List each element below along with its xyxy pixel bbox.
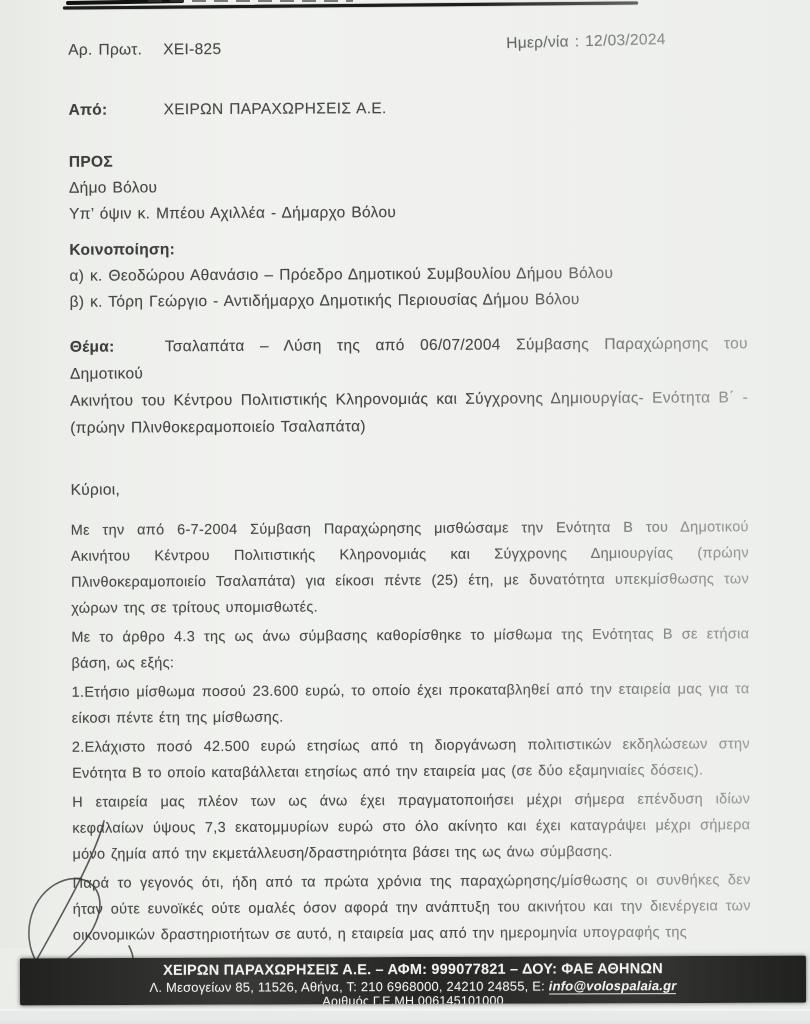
- subject-label: Θέμα:: [70, 333, 165, 360]
- protocol-label: Αρ. Πρωτ.: [68, 37, 163, 63]
- footer-band: ΧΕΙΡΩΝ ΠΑΡΑΧΩΡΗΣΕΙΣ Α.Ε. – ΑΦΜ: 99907782…: [20, 956, 806, 1006]
- body-paragraph: Με το άρθρο 4.3 της ως άνω σύμβασης καθο…: [71, 621, 749, 677]
- protocol-number: ΧΕΙ-825: [163, 37, 221, 63]
- footer-email-link[interactable]: info@volospalaia.gr: [549, 978, 677, 994]
- body-line: βάση, ως εξής:: [71, 647, 749, 677]
- subject-block: Θέμα:Τσαλαπάτα – Λύση της από 06/07/2004…: [70, 330, 749, 442]
- subject-line: Ακινήτου του Κέντρου Πολιτιστικής Κληρον…: [70, 384, 748, 415]
- from-label: Από:: [69, 97, 164, 123]
- body-line: Με το άρθρο 4.3 της ως άνω σύμβασης καθο…: [71, 621, 749, 651]
- body-line: 1.Ετήσιο μίσθωμα ποσού 23.600 ευρώ, το ο…: [72, 676, 750, 706]
- date-value: Ημερ/νία : 12/03/2024: [506, 27, 666, 57]
- subject-line-text: Τσαλαπάτα – Λύση της από 06/07/2004 Σύμβ…: [70, 335, 748, 383]
- to-line: Δήμο Βόλου: [69, 172, 747, 202]
- body-paragraph: Με την από 6-7-2004 Σύμβαση Παραχώρησης …: [71, 514, 750, 622]
- subject-line: Θέμα:Τσαλαπάτα – Λύση της από 06/07/2004…: [70, 330, 748, 388]
- body-paragraph: 1.Ετήσιο μίσθωμα ποσού 23.600 ευρώ, το ο…: [72, 676, 750, 732]
- cc-block: Κοινοποίηση: α) κ. Θεοδώρου Αθανάσιο – Π…: [69, 234, 747, 316]
- body-line: Με την από 6-7-2004 Σύμβαση Παραχώρησης …: [71, 514, 749, 544]
- subject-line: (πρώην Πλινθοκεραμοποιείο Τσαλαπάτα): [70, 411, 748, 442]
- cc-line: α) κ. Θεοδώρου Αθανάσιο – Πρόεδρο Δημοτι…: [69, 260, 747, 290]
- salutation: Κύριοι,: [70, 474, 748, 504]
- body-line: Η εταιρεία μας πλέον των ως άνω έχει πρα…: [72, 786, 750, 816]
- letter-content: Αρ. Πρωτ. ΧΕΙ-825 Ημερ/νία : 12/03/2024 …: [68, 0, 751, 949]
- to-label: ΠΡΟΣ: [69, 146, 747, 176]
- cc-line: β) κ. Τόρη Γεώργιο - Αντιδήμαρχο Δημοτικ…: [70, 286, 748, 316]
- body-line: χώρων της σε τρίτους υπομισθωτές.: [71, 592, 749, 622]
- scanned-letter-page: Αρ. Πρωτ. ΧΕΙ-825 Ημερ/νία : 12/03/2024 …: [0, 0, 810, 1024]
- body-line: 2.Ελάχιστο ποσό 42.500 ευρώ ετησίως από …: [72, 731, 750, 761]
- cc-label: Κοινοποίηση:: [69, 234, 747, 264]
- body-paragraph: 2.Ελάχιστο ποσό 42.500 ευρώ ετησίως από …: [72, 731, 750, 787]
- from-row: Από: ΧΕΙΡΩΝ ΠΑΡΑΧΩΡΗΣΕΙΣ Α.Ε.: [69, 94, 747, 124]
- to-line: Υπ’ όψιν κ. Μπέου Αχιλλέα - Δήμαρχο Βόλο…: [69, 198, 747, 228]
- body-line: είκοσι πέντε έτη της μίσθωσης.: [72, 702, 750, 732]
- from-value: ΧΕΙΡΩΝ ΠΑΡΑΧΩΡΗΣΕΙΣ Α.Ε.: [164, 96, 387, 123]
- body-line: Πλινθοκεραμοποιείο Τσαλαπάτα) για είκοσι…: [71, 566, 749, 596]
- body-line: Ενότητα Β το οποίο καταβάλλεται ετησίως …: [72, 757, 750, 787]
- recipient-block: ΠΡΟΣ Δήμο Βόλου Υπ’ όψιν κ. Μπέου Αχιλλέ…: [69, 146, 747, 228]
- footer-address-text: Λ. Μεσογείων 85, 11526, Αθήνα, Τ: 210 69…: [149, 979, 548, 995]
- body-line: Ακινήτου Κέντρου Πολιτιστικής Κληρονομιά…: [71, 540, 749, 570]
- protocol-row: Αρ. Πρωτ. ΧΕΙ-825 Ημερ/νία : 12/03/2024: [68, 34, 746, 64]
- footer-registry-line: Αριθμός Γ.Ε.ΜΗ 006145101000: [20, 993, 806, 1006]
